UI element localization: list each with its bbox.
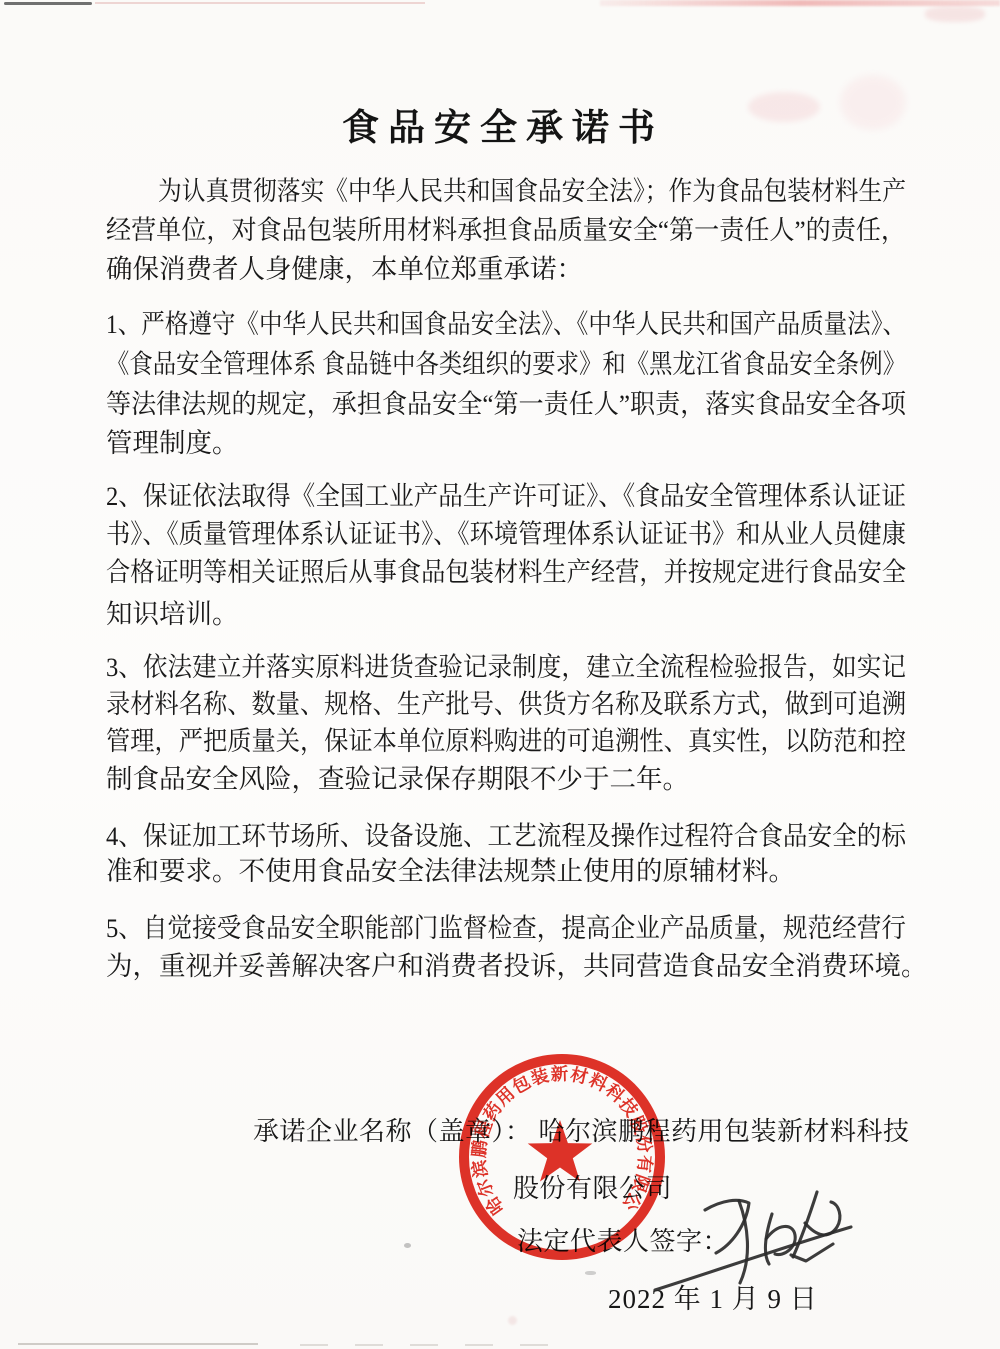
scan-artifact-top-dash: [4, 2, 92, 5]
scan-artifact-speck: [404, 1243, 411, 1248]
intro-line: 确保消费者人身健康，本单位郑重承诺：: [106, 254, 583, 284]
section-4-line: 准和要求。不使用食品安全法律法规禁止使用的原辅材料。: [106, 856, 795, 886]
section-1-line: 1、严格遵守《中华人民共和国食品安全法》、《中华人民共和国产品质量法》、: [106, 309, 906, 339]
section-5-line: 为，重视并妥善解决客户和消费者投诉，共同营造食品安全消费环境。: [106, 951, 909, 981]
seal-company-text: 哈尔滨鹏程药用包装新材料科技股份有限公司: [447, 1042, 655, 1218]
signature-stroke: [805, 1202, 840, 1235]
section-3-line: 制食品安全风险，查验记录保存期限不少于二年。: [106, 764, 689, 794]
section-3-line: 管理，严把质量关，保证本单位原料购进的可追溯性、真实性，以防范和控: [106, 726, 906, 756]
company-seal-stamp: 哈尔滨鹏程药用包装新材料科技股份有限公司: [447, 1042, 677, 1272]
scan-artifact-pink-smudge: [925, 6, 985, 22]
document-page: 食品安全承诺书 为认真贯彻落实《中华人民共和国食品安全法》；作为食品包装材料生产…: [0, 0, 1000, 1349]
scan-artifact-bottom-line: [18, 1343, 258, 1345]
section-4-line: 4、保证加工环节场所、设备设施、工艺流程及操作过程符合食品安全的标: [106, 821, 907, 851]
section-1-line: 《食品安全管理体系 食品链中各类组织的要求》和《黑龙江省食品安全条例》: [106, 349, 906, 379]
section-5-line: 5、自觉接受食品安全职能部门监督检查，提高企业产品质量，规范经营行: [106, 913, 906, 943]
document-body-text: 为认真贯彻落实《中华人民共和国食品安全法》；作为食品包装材料生产 经营单位，对食…: [103, 0, 909, 1020]
scan-artifact-bottom-line: [300, 1344, 560, 1346]
section-2-line: 书》、《质量管理体系认证证书》、《环境管理体系认证证书》和从业人员健康: [106, 519, 906, 549]
section-1-line: 管理制度。: [106, 428, 239, 458]
red-star-icon: [528, 1120, 593, 1182]
section-3-line: 3、依法建立并落实原料进货查验记录制度，建立全流程检验报告，如实记: [106, 652, 906, 682]
seal-company-textpath: 哈尔滨鹏程药用包装新材料科技股份有限公司: [447, 1042, 655, 1218]
intro-line: 为认真贯彻落实《中华人民共和国食品安全法》；作为食品包装材料生产: [158, 176, 906, 206]
section-2-line: 合格证明等相关证照后从事食品包装材料生产经营，并按规定进行食品安全: [106, 557, 906, 587]
section-3-line: 录材料名称、数量、规格、生产批号、供货方名称及联系方式，做到可追溯: [106, 689, 906, 719]
signature-stroke: [655, 1227, 851, 1290]
intro-line: 经营单位，对食品包装所用材料承担食品质量安全“第一责任人”的责任，: [106, 215, 906, 245]
scan-artifact-speck: [508, 1316, 517, 1325]
section-2-line: 知识培训。: [106, 599, 239, 629]
section-2-line: 2、保证依法取得《全国工业产品生产许可证》、《食品安全管理体系认证证: [106, 481, 906, 511]
section-1-line: 等法律法规的规定，承担食品安全“第一责任人”职责，落实食品安全各项: [106, 389, 906, 419]
